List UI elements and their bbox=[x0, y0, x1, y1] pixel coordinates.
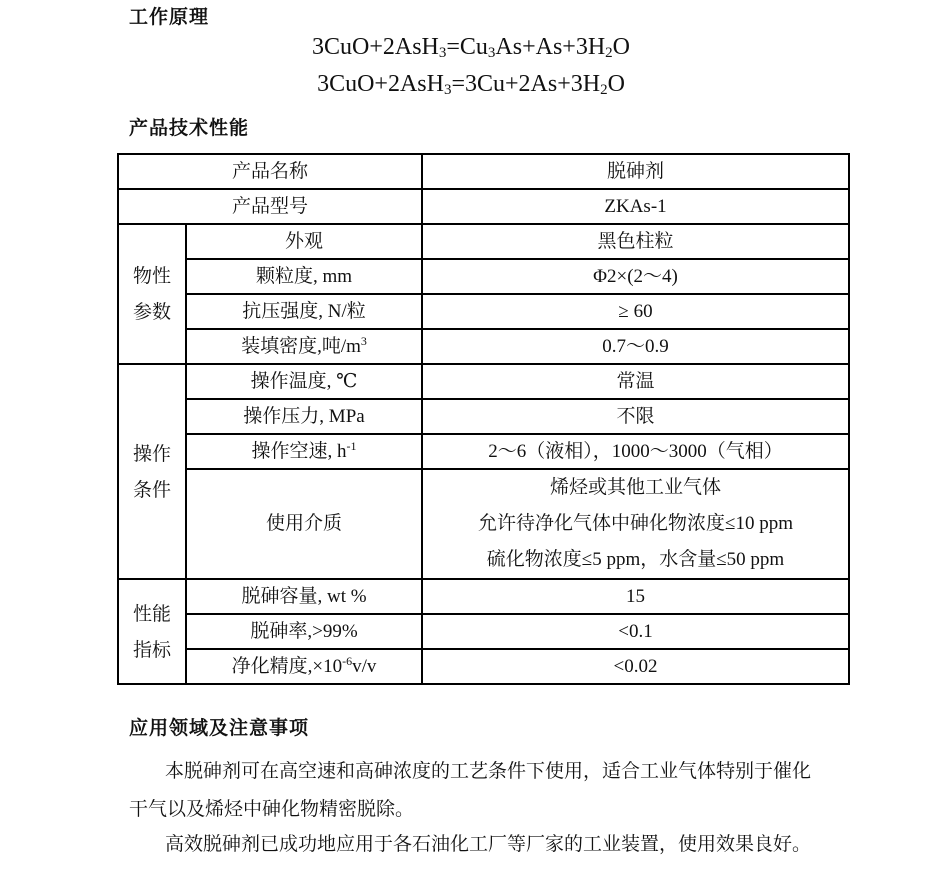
table-row: 性能指标 脱砷容量, wt % 15 bbox=[118, 579, 849, 614]
param-value: ≥ 60 bbox=[422, 294, 849, 329]
param-label: 操作压力, MPa bbox=[186, 399, 422, 434]
table-row: 操作条件 操作温度, ℃ 常温 bbox=[118, 364, 849, 399]
param-value: 2～6（液相），1000～3000（气相） bbox=[422, 434, 849, 469]
param-label: 外观 bbox=[186, 224, 422, 259]
group-label-physical: 物性参数 bbox=[118, 224, 186, 364]
paragraph-2: 高效脱砷剂已成功地应用于各石油化工厂等厂家的工业装置，使用效果良好。 bbox=[129, 825, 829, 863]
param-label: 抗压强度, N/粒 bbox=[186, 294, 422, 329]
table-row: 物性参数 外观 黑色柱粒 bbox=[118, 224, 849, 259]
param-label: 装填密度,吨/m3 bbox=[186, 329, 422, 364]
param-label: 脱砷容量, wt % bbox=[186, 579, 422, 614]
param-label: 操作空速, h-1 bbox=[186, 434, 422, 469]
param-value-multiline: 烯烃或其他工业气体 允许待净化气体中砷化物浓度≤10 ppm 硫化物浓度≤5 p… bbox=[422, 469, 849, 579]
table-row: 颗粒度, mm Φ2×(2～4) bbox=[118, 259, 849, 294]
param-label: 使用介质 bbox=[186, 469, 422, 579]
param-label: 净化精度,×10-6v/v bbox=[186, 649, 422, 684]
reaction-equation-1: 3CuO+2AsH3=Cu3As+As+3H2O bbox=[0, 34, 942, 61]
param-value: 15 bbox=[422, 579, 849, 614]
table-row: 使用介质 烯烃或其他工业气体 允许待净化气体中砷化物浓度≤10 ppm 硫化物浓… bbox=[118, 469, 849, 579]
paragraph-1: 本脱砷剂可在高空速和高砷浓度的工艺条件下使用，适合工业气体特别于催化干气以及烯烃… bbox=[129, 752, 829, 828]
table-row: 操作压力, MPa 不限 bbox=[118, 399, 849, 434]
param-value: 不限 bbox=[422, 399, 849, 434]
table-row: 脱砷率,>99% <0.1 bbox=[118, 614, 849, 649]
param-value: 0.7～0.9 bbox=[422, 329, 849, 364]
param-label: 操作温度, ℃ bbox=[186, 364, 422, 399]
reaction-equation-2: 3CuO+2AsH3=3Cu+2As+3H2O bbox=[0, 71, 942, 98]
spec-table: 产品名称 脱砷剂 产品型号 ZKAs-1 物性参数 外观 黑色柱粒 颗粒度, m… bbox=[117, 153, 850, 685]
group-label-operating: 操作条件 bbox=[118, 364, 186, 579]
table-row: 操作空速, h-1 2～6（液相），1000～3000（气相） bbox=[118, 434, 849, 469]
product-model-value: ZKAs-1 bbox=[422, 189, 849, 224]
product-name-label: 产品名称 bbox=[118, 154, 422, 189]
table-row: 抗压强度, N/粒 ≥ 60 bbox=[118, 294, 849, 329]
section-title-tech-performance: 产品技术性能 bbox=[129, 113, 249, 140]
section-title-application: 应用领域及注意事项 bbox=[129, 713, 309, 740]
section-title-principle: 工作原理 bbox=[129, 2, 209, 29]
table-row: 产品名称 脱砷剂 bbox=[118, 154, 849, 189]
param-label: 颗粒度, mm bbox=[186, 259, 422, 294]
table-row: 净化精度,×10-6v/v <0.02 bbox=[118, 649, 849, 684]
table-row: 产品型号 ZKAs-1 bbox=[118, 189, 849, 224]
param-value: Φ2×(2～4) bbox=[422, 259, 849, 294]
param-value: 黑色柱粒 bbox=[422, 224, 849, 259]
param-value: <0.1 bbox=[422, 614, 849, 649]
product-model-label: 产品型号 bbox=[118, 189, 422, 224]
param-value: <0.02 bbox=[422, 649, 849, 684]
group-label-performance: 性能指标 bbox=[118, 579, 186, 684]
product-name-value: 脱砷剂 bbox=[422, 154, 849, 189]
param-value: 常温 bbox=[422, 364, 849, 399]
table-row: 装填密度,吨/m3 0.7～0.9 bbox=[118, 329, 849, 364]
param-label: 脱砷率,>99% bbox=[186, 614, 422, 649]
